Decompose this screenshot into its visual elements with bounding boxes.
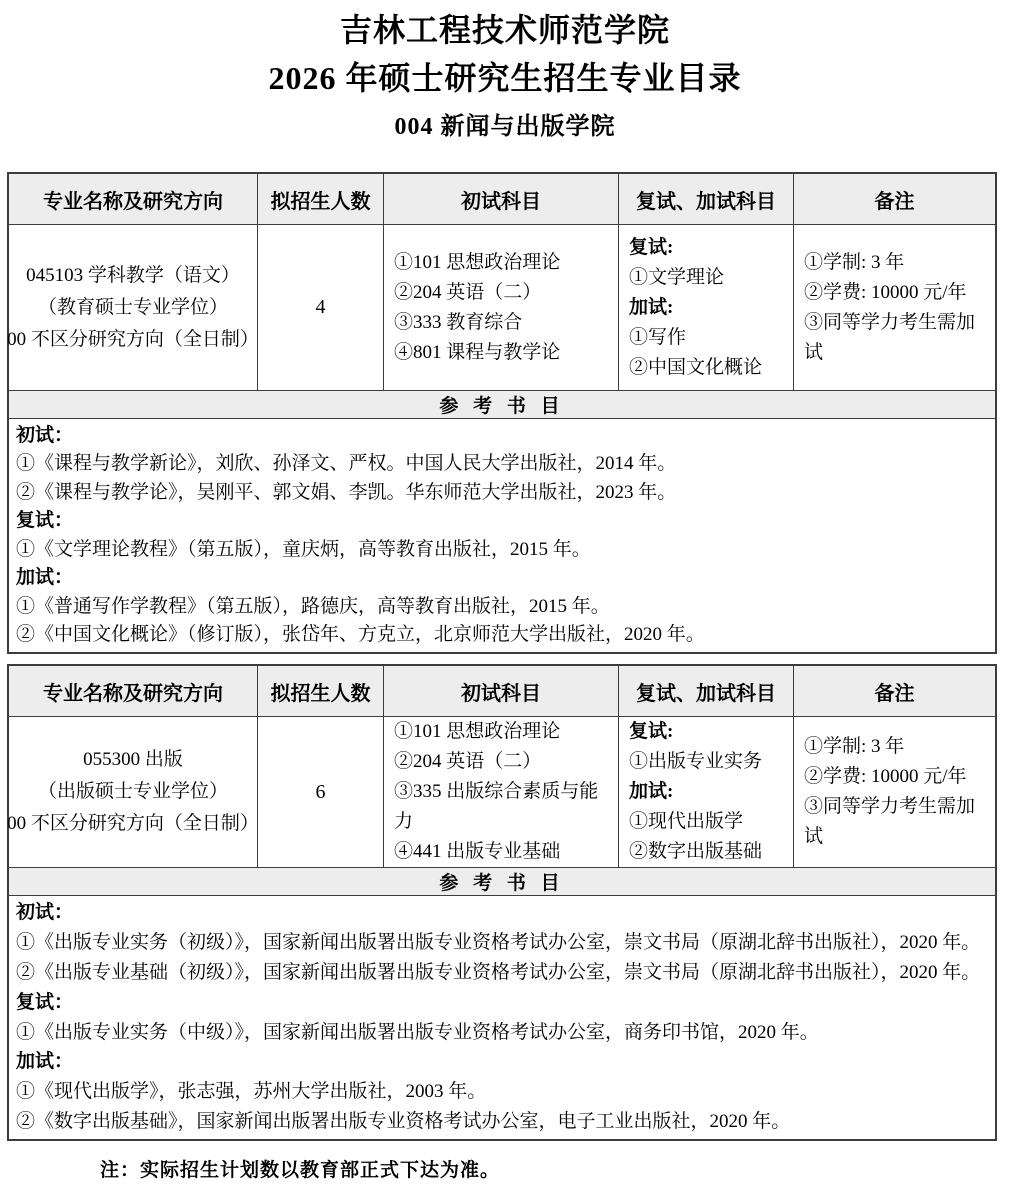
col-header-program: 专业名称及研究方向 <box>9 666 258 716</box>
extra-test-label: 加试: <box>629 293 789 323</box>
ref-line: ②《中国文化概论》（修订版），张岱年、方克立，北京师范大学出版社，2020 年。 <box>16 621 987 650</box>
retest-subjects-cell: 复试: ①出版专业实务 加试: ①现代出版学 ②数字出版基础 <box>619 717 794 867</box>
enrollment-count: 4 <box>258 225 384 390</box>
retest-item: ①文学理论 <box>629 263 789 293</box>
col-header-remarks: 备注 <box>794 174 995 224</box>
program-degree-line: （教育硕士专业学位） <box>38 292 228 324</box>
col-header-program: 专业名称及研究方向 <box>9 174 258 224</box>
university-title: 吉林工程技术师范学院 <box>0 8 1010 52</box>
table1-header-row: 专业名称及研究方向 拟招生人数 初试科目 复试、加试科目 备注 <box>9 174 995 225</box>
ref-line: ②《课程与教学论》，吴刚平、郭文娟、李凯。华东师范大学出版社，2023 年。 <box>16 479 987 508</box>
reference-books-body: 初试： ①《出版专业实务（初级）》，国家新闻出版署出版专业资格考试办公室，崇文书… <box>9 896 995 1139</box>
col-header-retest-subjects: 复试、加试科目 <box>619 666 794 716</box>
extra-test-item: ②数字出版基础 <box>629 837 789 867</box>
remark-line: ②学费: 10000 元/年 <box>804 278 991 308</box>
catalog-title: 2026 年硕士研究生招生专业目录 <box>0 52 1010 104</box>
table2-data-row: 055300 出版 （出版硕士专业学位） 00 不区分研究方向（全日制） 6 ①… <box>9 717 995 868</box>
ref-line: ①《文学理论教程》（第五版），童庆炳，高等教育出版社，2015 年。 <box>16 536 987 565</box>
col-header-enrollment: 拟招生人数 <box>258 666 384 716</box>
extra-test-label: 加试: <box>629 777 789 807</box>
program-direction-line: 00 不区分研究方向（全日制） <box>7 808 259 840</box>
program-code-line: 055300 出版 <box>83 744 183 776</box>
ref-line: ①《出版专业实务（初级）》，国家新闻出版署出版专业资格考试办公室，崇文书局（原湖… <box>16 928 987 958</box>
ref-line: ①《普通写作学教程》（第五版），路德庆，高等教育出版社，2015 年。 <box>16 593 987 622</box>
col-header-initial-subjects: 初试科目 <box>384 174 619 224</box>
extra-test-item: ①现代出版学 <box>629 807 789 837</box>
program-name-cell: 055300 出版 （出版硕士专业学位） 00 不区分研究方向（全日制） <box>9 717 258 867</box>
document-page: 吉林工程技术师范学院 2026 年硕士研究生招生专业目录 004 新闻与出版学院… <box>0 0 1010 1199</box>
subject-line: ②204 英语（二） <box>394 747 614 777</box>
remark-line: ③同等学力考生需加试 <box>804 308 991 368</box>
initial-subjects-cell: ①101 思想政治理论 ②204 英语（二） ③333 教育综合 ④801 课程… <box>384 225 619 390</box>
subject-line: ①101 思想政治理论 <box>394 717 614 747</box>
ref-initial-label: 初试： <box>16 898 987 928</box>
program-table-1: 专业名称及研究方向 拟招生人数 初试科目 复试、加试科目 备注 045103 学… <box>7 172 997 654</box>
extra-test-item: ②中国文化概论 <box>629 353 789 383</box>
extra-test-item: ①写作 <box>629 323 789 353</box>
program-name-cell: 045103 学科教学（语文） （教育硕士专业学位） 00 不区分研究方向（全日… <box>9 225 258 390</box>
ref-retest-label: 复试： <box>16 988 987 1018</box>
remarks-cell: ①学制: 3 年 ②学费: 10000 元/年 ③同等学力考生需加试 <box>794 717 995 867</box>
remarks-cell: ①学制: 3 年 ②学费: 10000 元/年 ③同等学力考生需加试 <box>794 225 995 390</box>
table1-data-row: 045103 学科教学（语文） （教育硕士专业学位） 00 不区分研究方向（全日… <box>9 225 995 391</box>
retest-label: 复试: <box>629 717 789 747</box>
initial-subjects-cell: ①101 思想政治理论 ②204 英语（二） ③335 出版综合素质与能力 ④4… <box>384 717 619 867</box>
footnote: 注：实际招生计划数以教育部正式下达为准。 <box>100 1155 1010 1182</box>
col-header-initial-subjects: 初试科目 <box>384 666 619 716</box>
retest-subjects-cell: 复试: ①文学理论 加试: ①写作 ②中国文化概论 <box>619 225 794 390</box>
ref-line: ②《出版专业基础（初级）》，国家新闻出版署出版专业资格考试办公室，崇文书局（原湖… <box>16 958 987 988</box>
remark-line: ①学制: 3 年 <box>804 732 991 762</box>
subject-line: ①101 思想政治理论 <box>394 248 614 278</box>
college-title: 004 新闻与出版学院 <box>0 104 1010 150</box>
ref-line: ①《课程与教学新论》，刘欣、孙泽文、严权。中国人民大学出版社，2014 年。 <box>16 450 987 479</box>
ref-line: ①《现代出版学》，张志强，苏州大学出版社，2003 年。 <box>16 1077 987 1107</box>
remark-line: ②学费: 10000 元/年 <box>804 762 991 792</box>
reference-books-body: 初试： ①《课程与教学新论》，刘欣、孙泽文、严权。中国人民大学出版社，2014 … <box>9 419 995 652</box>
remark-line: ①学制: 3 年 <box>804 248 991 278</box>
reference-books-header: 参 考 书 目 <box>9 391 995 419</box>
remark-line: ③同等学力考生需加试 <box>804 792 991 852</box>
ref-extra-label: 加试： <box>16 564 987 593</box>
subject-line: ③335 出版综合素质与能力 <box>394 777 614 837</box>
col-header-remarks: 备注 <box>794 666 995 716</box>
col-header-retest-subjects: 复试、加试科目 <box>619 174 794 224</box>
program-table-2: 专业名称及研究方向 拟招生人数 初试科目 复试、加试科目 备注 055300 出… <box>7 664 997 1141</box>
ref-retest-label: 复试： <box>16 507 987 536</box>
reference-books-header: 参 考 书 目 <box>9 868 995 896</box>
subject-line: ②204 英语（二） <box>394 278 614 308</box>
retest-item: ①出版专业实务 <box>629 747 789 777</box>
col-header-enrollment: 拟招生人数 <box>258 174 384 224</box>
ref-initial-label: 初试： <box>16 422 987 451</box>
retest-label: 复试: <box>629 233 789 263</box>
table2-header-row: 专业名称及研究方向 拟招生人数 初试科目 复试、加试科目 备注 <box>9 666 995 717</box>
ref-line: ①《出版专业实务（中级）》，国家新闻出版署出版专业资格考试办公室，商务印书馆，2… <box>16 1018 987 1048</box>
subject-line: ④441 出版专业基础 <box>394 837 614 867</box>
enrollment-count: 6 <box>258 717 384 867</box>
ref-line: ②《数字出版基础》，国家新闻出版署出版专业资格考试办公室，电子工业出版社，202… <box>16 1107 987 1137</box>
subject-line: ④801 课程与教学论 <box>394 338 614 368</box>
ref-extra-label: 加试： <box>16 1047 987 1077</box>
program-direction-line: 00 不区分研究方向（全日制） <box>7 324 259 356</box>
program-degree-line: （出版硕士专业学位） <box>38 776 228 808</box>
program-code-line: 045103 学科教学（语文） <box>26 260 240 292</box>
subject-line: ③333 教育综合 <box>394 308 614 338</box>
